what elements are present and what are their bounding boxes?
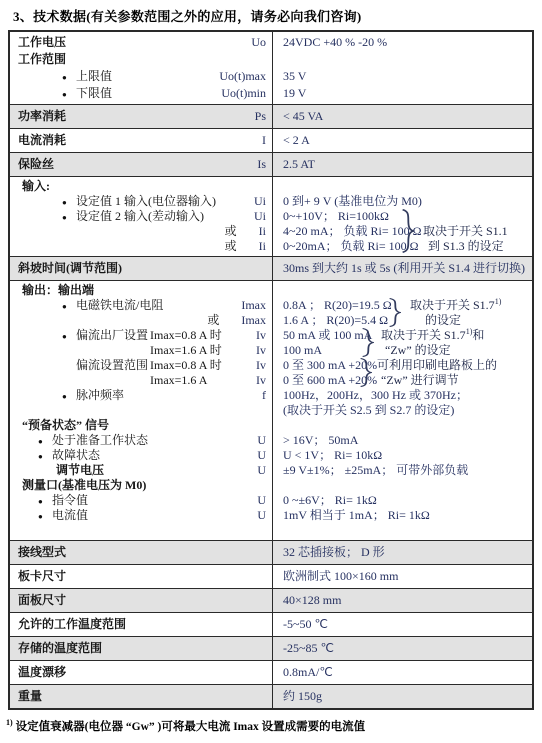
brace-icon: [359, 358, 372, 387]
spec-line: 或Ii: [18, 239, 266, 254]
spec-line: 调节电压U: [18, 463, 266, 478]
row-board-size: 板卡尺寸 欧洲制式 100×160 mm: [10, 564, 532, 588]
label-cell: 功率消耗Ps: [10, 105, 273, 128]
spec-label: 电流消耗: [18, 131, 66, 150]
brace-note: 的设定: [425, 313, 461, 328]
spec-line: [18, 523, 266, 538]
spec-sublabel: Imax=0.8 A 时: [150, 328, 222, 343]
brace-note: 到 S1.3 的设定: [428, 239, 504, 254]
spec-symbol: Ui: [254, 194, 266, 209]
spec-value: 100Hz，200Hz，300 Hz 或 370Hz；: [283, 388, 528, 403]
spec-label: 面板尺寸: [18, 591, 66, 610]
bullet-icon: ●: [62, 69, 76, 86]
spec-label: 保险丝: [18, 155, 54, 174]
value-cell: -25~85 ℃: [273, 637, 532, 660]
spec-label: 存储的温度范围: [18, 639, 102, 658]
spec-line: ●电磁铁电流/电阻Imax: [18, 298, 266, 313]
spec-value: 0.8mA/℃: [283, 663, 528, 682]
spec-symbol: U: [257, 463, 266, 478]
value-cell: 0.8mA/℃: [273, 661, 532, 684]
brace-icon: [361, 328, 374, 357]
value-cell: -5~50 ℃: [273, 613, 532, 636]
spec-label: 重量: [18, 687, 42, 706]
spec-label: 下限值: [76, 85, 112, 102]
spec-label: 设定值 1 输入(电位器输入): [76, 194, 216, 209]
label-cell: 斜坡时间(调节范围): [10, 257, 273, 280]
spec-value: 32 芯插接板； D 形: [283, 543, 528, 562]
label-cell: 存储的温度范围: [10, 637, 273, 660]
spec-sublabel: Imax=0.8 A 时: [150, 358, 222, 373]
spec-symbol: Is: [257, 155, 266, 174]
spec-label: 设定值 2 输入(差动输入): [76, 209, 204, 224]
brace-note: 取决于开关 S1.71): [410, 298, 501, 313]
spec-symbol: Ui: [254, 209, 266, 224]
spec-label: 电流值: [52, 508, 88, 523]
spec-symbol: U: [257, 448, 266, 463]
label-cell: 电流消耗I: [10, 129, 273, 152]
spec-symbol: U: [257, 508, 266, 523]
section-header: “预备状态” 信号: [18, 418, 266, 433]
brace-icon: [388, 298, 401, 327]
spec-symbol: Uo(t)min: [221, 85, 266, 102]
spec-label: 指令值: [52, 493, 88, 508]
spec-symbol: Ii: [259, 224, 266, 239]
spec-value: 40×128 mm: [283, 591, 528, 610]
spec-label: 处于准备工作状态: [52, 433, 148, 448]
label-cell: 输入: ●设定值 1 输入(电位器输入)Ui ●设定值 2 输入(差动输入)Ui…: [10, 177, 273, 256]
spec-sublabel: Imax=1.6 A: [150, 373, 207, 388]
alt-label: 或: [225, 239, 237, 254]
spec-label: 板卡尺寸: [18, 567, 66, 586]
value-cell: 0.8A ； R(20)=19.5 Ω 1.6 A ； R(20)=5.4 Ω …: [273, 281, 532, 540]
brace-note: 取决于开关 S1.1: [423, 224, 508, 239]
spec-line: 或Imax: [18, 313, 266, 328]
spec-symbol: Iv: [256, 373, 266, 388]
row-panel-size: 面板尺寸 40×128 mm: [10, 588, 532, 612]
value-cell: 40×128 mm: [273, 589, 532, 612]
spec-value: 0 ~±6V； Ri= 1kΩ: [283, 493, 528, 508]
alt-label: 或: [207, 313, 219, 328]
spec-value: 30ms 到大约 1s 或 5s (利用开关 S1.4 进行切换): [283, 259, 528, 278]
section-header: 测量口(基准电压为 M0): [18, 478, 266, 493]
document-page: 3、技术数据(有关参数范围之外的应用，请务必向我们咨询) 工作电压Uo 工作范围…: [0, 0, 542, 743]
spec-line: ●处于准备工作状态U: [18, 433, 266, 448]
spec-label: 斜坡时间(调节范围): [18, 259, 122, 278]
brace-note: “Zw” 进行调节: [381, 373, 459, 388]
row-input: 输入: ●设定值 1 输入(电位器输入)Ui ●设定值 2 输入(差动输入)Ui…: [10, 176, 532, 256]
spec-symbol: Uo(t)max: [219, 68, 266, 85]
label-cell: 温度漂移: [10, 661, 273, 684]
spec-value: > 16V； 50mA: [283, 433, 528, 448]
label-cell: 允许的工作温度范围: [10, 613, 273, 636]
bullet-icon: ●: [38, 509, 52, 524]
bullet-icon: ●: [62, 299, 76, 314]
spec-symbol: Iv: [256, 343, 266, 358]
bullet-icon: ●: [38, 494, 52, 509]
footnote-ref: 1): [495, 297, 502, 306]
value-cell: 30ms 到大约 1s 或 5s (利用开关 S1.4 进行切换): [273, 257, 532, 280]
row-wiring-type: 接线型式 32 芯插接板； D 形: [10, 540, 532, 564]
spec-line: ●偏流出厂设置Imax=0.8 A 时Iv: [18, 328, 266, 343]
spec-label: 电磁铁电流/电阻: [76, 298, 163, 313]
bullet-icon: ●: [62, 389, 76, 404]
label-cell: 板卡尺寸: [10, 565, 273, 588]
label-cell: 工作电压Uo 工作范围 ●上限值Uo(t)max ●下限值Uo(t)min: [10, 32, 273, 104]
bullet-icon: ●: [38, 434, 52, 449]
spec-symbol: I: [262, 131, 266, 150]
spec-value: < 45 VA: [283, 107, 528, 126]
section-header: 输入:: [18, 179, 266, 194]
bullet-icon: ●: [62, 210, 76, 225]
spec-label: 偏流设置范围: [76, 358, 150, 373]
spec-line: [283, 51, 528, 68]
spec-label: 温度漂移: [18, 663, 66, 682]
spec-line: ●上限值Uo(t)max: [18, 68, 266, 85]
brace-note: 可利用印刷电路板上的: [377, 358, 497, 373]
spec-symbol: U: [257, 493, 266, 508]
spec-symbol: Imax: [241, 313, 266, 328]
spec-label: 允许的工作温度范围: [18, 615, 126, 634]
spec-value: 1.6 A ； R(20)=5.4 Ω: [283, 313, 528, 328]
page-title: 3、技术数据(有关参数范围之外的应用，请务必向我们咨询): [13, 6, 362, 25]
label-cell: 重量: [10, 685, 273, 708]
label-cell: 接线型式: [10, 541, 273, 564]
value-cell: 欧洲制式 100×160 mm: [273, 565, 532, 588]
value-cell: < 2 A: [273, 129, 532, 152]
row-weight: 重量 约 150g: [10, 684, 532, 708]
row-fuse: 保险丝Is 2.5 AT: [10, 152, 532, 176]
spec-symbol: Imax: [241, 298, 266, 313]
spec-symbol: Ii: [259, 239, 266, 254]
spec-symbol: f: [262, 388, 266, 403]
spec-value: (取决于开关 S2.5 到 S2.7 的设定): [283, 403, 528, 418]
spec-value: 35 V: [283, 68, 528, 85]
bullet-icon: ●: [62, 86, 76, 103]
spec-symbol: Uo: [251, 34, 266, 51]
spec-value: 19 V: [283, 85, 528, 102]
spec-line: 工作范围: [18, 51, 266, 68]
value-cell: < 45 VA: [273, 105, 532, 128]
row-storage-temp: 存储的温度范围 -25~85 ℃: [10, 636, 532, 660]
spec-line: ●设定值 1 输入(电位器输入)Ui: [18, 194, 266, 209]
spec-value: 2.5 AT: [283, 155, 528, 174]
bullet-icon: ●: [62, 329, 76, 344]
row-operating-voltage: 工作电压Uo 工作范围 ●上限值Uo(t)max ●下限值Uo(t)min 24…: [10, 32, 532, 104]
spec-sublabel: Imax=1.6 A 时: [150, 343, 222, 358]
spec-line: ●故障状态U: [18, 448, 266, 463]
spec-label: 功率消耗: [18, 107, 66, 126]
spec-label: 偏流出厂设置: [76, 328, 150, 343]
label-cell: 输出：输出端 ●电磁铁电流/电阻Imax 或Imax ●偏流出厂设置Imax=0…: [10, 281, 273, 540]
value-cell: 2.5 AT: [273, 153, 532, 176]
spec-value: -5~50 ℃: [283, 615, 528, 634]
spec-line: 或Ii: [18, 224, 266, 239]
footnote-text: 设定值衰减器(电位器 “Gw” )可将最大电流 Imax 设置成需要的电流值: [16, 721, 365, 733]
spec-label: 上限值: [76, 68, 112, 85]
spec-value: U < 1V； Ri= 10kΩ: [283, 448, 528, 463]
bullet-icon: ●: [38, 449, 52, 464]
spec-line: ●指令值U: [18, 493, 266, 508]
spec-label: 工作电压: [18, 34, 66, 51]
spec-line: Imax=1.6 A 时Iv: [18, 343, 266, 358]
spec-line: 偏流设置范围Imax=0.8 A 时Iv: [18, 358, 266, 373]
value-cell: 约 150g: [273, 685, 532, 708]
label-cell: 保险丝Is: [10, 153, 273, 176]
spec-label: 接线型式: [18, 543, 66, 562]
spec-symbol: Iv: [256, 358, 266, 373]
label-cell: 面板尺寸: [10, 589, 273, 612]
spec-label: 工作范围: [18, 51, 66, 68]
footnote: 1)设定值衰减器(电位器 “Gw” )可将最大电流 Imax 设置成需要的电流值: [6, 718, 365, 734]
value-cell: 32 芯插接板； D 形: [273, 541, 532, 564]
spec-symbol: Ps: [255, 107, 266, 126]
brace-note: “Zw” 的设定: [385, 343, 451, 358]
row-operating-temp: 允许的工作温度范围 -5~50 ℃: [10, 612, 532, 636]
row-temp-drift: 温度漂移 0.8mA/℃: [10, 660, 532, 684]
spec-label: 调节电压: [56, 463, 104, 478]
spec-label: 脉冲频率: [76, 388, 124, 403]
spec-value: 1mV 相当于 1mA； Ri= 1kΩ: [283, 508, 528, 523]
spec-table: 工作电压Uo 工作范围 ●上限值Uo(t)max ●下限值Uo(t)min 24…: [8, 30, 534, 710]
spec-symbol: Iv: [256, 328, 266, 343]
alt-label: 或: [225, 224, 237, 239]
row-ramp-time: 斜坡时间(调节范围) 30ms 到大约 1s 或 5s (利用开关 S1.4 进…: [10, 256, 532, 280]
row-current-consumption: 电流消耗I < 2 A: [10, 128, 532, 152]
spec-value: -25~85 ℃: [283, 639, 528, 658]
spec-line: Imax=1.6 AIv: [18, 373, 266, 388]
brace-icon: [401, 209, 414, 253]
spec-symbol: U: [257, 433, 266, 448]
footnote-marker: 1): [6, 718, 13, 727]
spec-line: ●脉冲频率f: [18, 388, 266, 403]
spec-value: 约 150g: [283, 687, 528, 706]
section-header: 输出：输出端: [18, 283, 266, 298]
spec-value: 欧洲制式 100×160 mm: [283, 567, 528, 586]
bullet-icon: ●: [62, 195, 76, 210]
spec-line: [18, 403, 266, 418]
spec-value: 24VDC +40 % -20 %: [283, 34, 528, 51]
spec-line: 工作电压Uo: [18, 34, 266, 51]
spec-value: 0 到+ 9 V (基准电位为 M0): [283, 194, 528, 209]
spec-value: ±9 V±1%； ±25mA； 可带外部负载: [283, 463, 528, 478]
row-power-consumption: 功率消耗Ps < 45 VA: [10, 104, 532, 128]
value-cell: 0 到+ 9 V (基准电位为 M0) 0~+10V； Ri=100kΩ 4~2…: [273, 177, 532, 256]
spec-value: < 2 A: [283, 131, 528, 150]
value-cell: 24VDC +40 % -20 % 35 V 19 V: [273, 32, 532, 104]
spec-line: ●下限值Uo(t)min: [18, 85, 266, 102]
brace-note: 取决于开关 S1.71)和: [381, 328, 484, 343]
spec-line: ●电流值U: [18, 508, 266, 523]
row-output: 输出：输出端 ●电磁铁电流/电阻Imax 或Imax ●偏流出厂设置Imax=0…: [10, 280, 532, 540]
spec-label: 故障状态: [52, 448, 100, 463]
spec-line: ●设定值 2 输入(差动输入)Ui: [18, 209, 266, 224]
